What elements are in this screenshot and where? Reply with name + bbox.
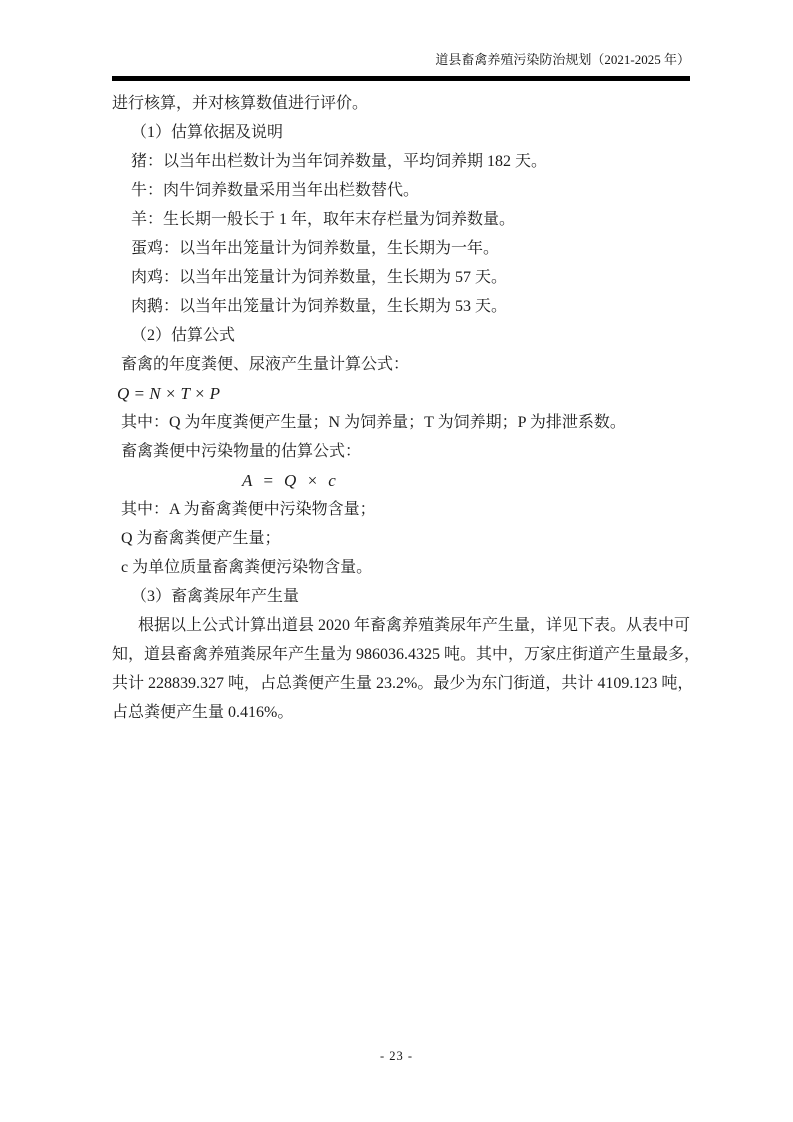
- formula1-label: 畜禽的年度粪便、尿液产生量计算公式：: [112, 350, 690, 379]
- intro-line: 进行核算，并对核算数值进行评价。: [112, 89, 690, 118]
- document-body: 进行核算，并对核算数值进行评价。 （1）估算依据及说明 猪：以当年出栏数计为当年…: [112, 89, 690, 727]
- section2-heading: （2）估算公式: [112, 321, 690, 350]
- paragraph-line: 知，道县畜禽养殖粪尿年产生量为 986036.4325 吨。其中，万家庄街道产生…: [112, 640, 690, 669]
- page-number: - 23 -: [0, 1049, 793, 1064]
- formula2-label: 畜禽粪便中污染物量的估算公式：: [112, 437, 690, 466]
- estimation-item-cattle: 牛：肉牛饲养数量采用当年出栏数替代。: [112, 176, 690, 205]
- header-rule: [112, 76, 690, 81]
- document-page: 道县畜禽养殖污染防治规划（2021-2025 年） 进行核算，并对核算数值进行评…: [0, 0, 793, 1122]
- section1-heading: （1）估算依据及说明: [112, 118, 690, 147]
- formula1-note: 其中：Q 为年度粪便产生量；N 为饲养量；T 为饲养期；P 为排泄系数。: [112, 408, 690, 437]
- estimation-item-sheep: 羊：生长期一般长于 1 年，取年末存栏量为饲养数量。: [112, 205, 690, 234]
- page-header-title: 道县畜禽养殖污染防治规划（2021-2025 年）: [112, 51, 690, 69]
- formula2-equation: A = Q × c: [112, 466, 690, 495]
- paragraph-line: 共计 228839.327 吨，占总粪便产生量 23.2%。最少为东门街道，共计…: [112, 669, 690, 698]
- estimation-item-goose: 肉鹅：以当年出笼量计为饲养数量，生长期为 53 天。: [112, 292, 690, 321]
- paragraph-line: 占总粪便产生量 0.416%。: [112, 698, 690, 727]
- formula2-note-c: c 为单位质量畜禽粪便污染物含量。: [112, 553, 690, 582]
- section3-heading: （3）畜禽粪尿年产生量: [112, 582, 690, 611]
- estimation-item-broiler: 肉鸡：以当年出笼量计为饲养数量，生长期为 57 天。: [112, 263, 690, 292]
- formula2-note-a: 其中：A 为畜禽粪便中污染物含量；: [112, 495, 690, 524]
- paragraph-line: 根据以上公式计算出道县 2020 年畜禽养殖粪尿年产生量，详见下表。从表中可: [112, 611, 690, 640]
- formula1-equation: Q = N × T × P: [112, 379, 690, 408]
- formula2-note-q: Q 为畜禽粪便产生量；: [112, 524, 690, 553]
- estimation-item-pig: 猪：以当年出栏数计为当年饲养数量，平均饲养期 182 天。: [112, 147, 690, 176]
- estimation-item-laying-hen: 蛋鸡：以当年出笼量计为饲养数量，生长期为一年。: [112, 234, 690, 263]
